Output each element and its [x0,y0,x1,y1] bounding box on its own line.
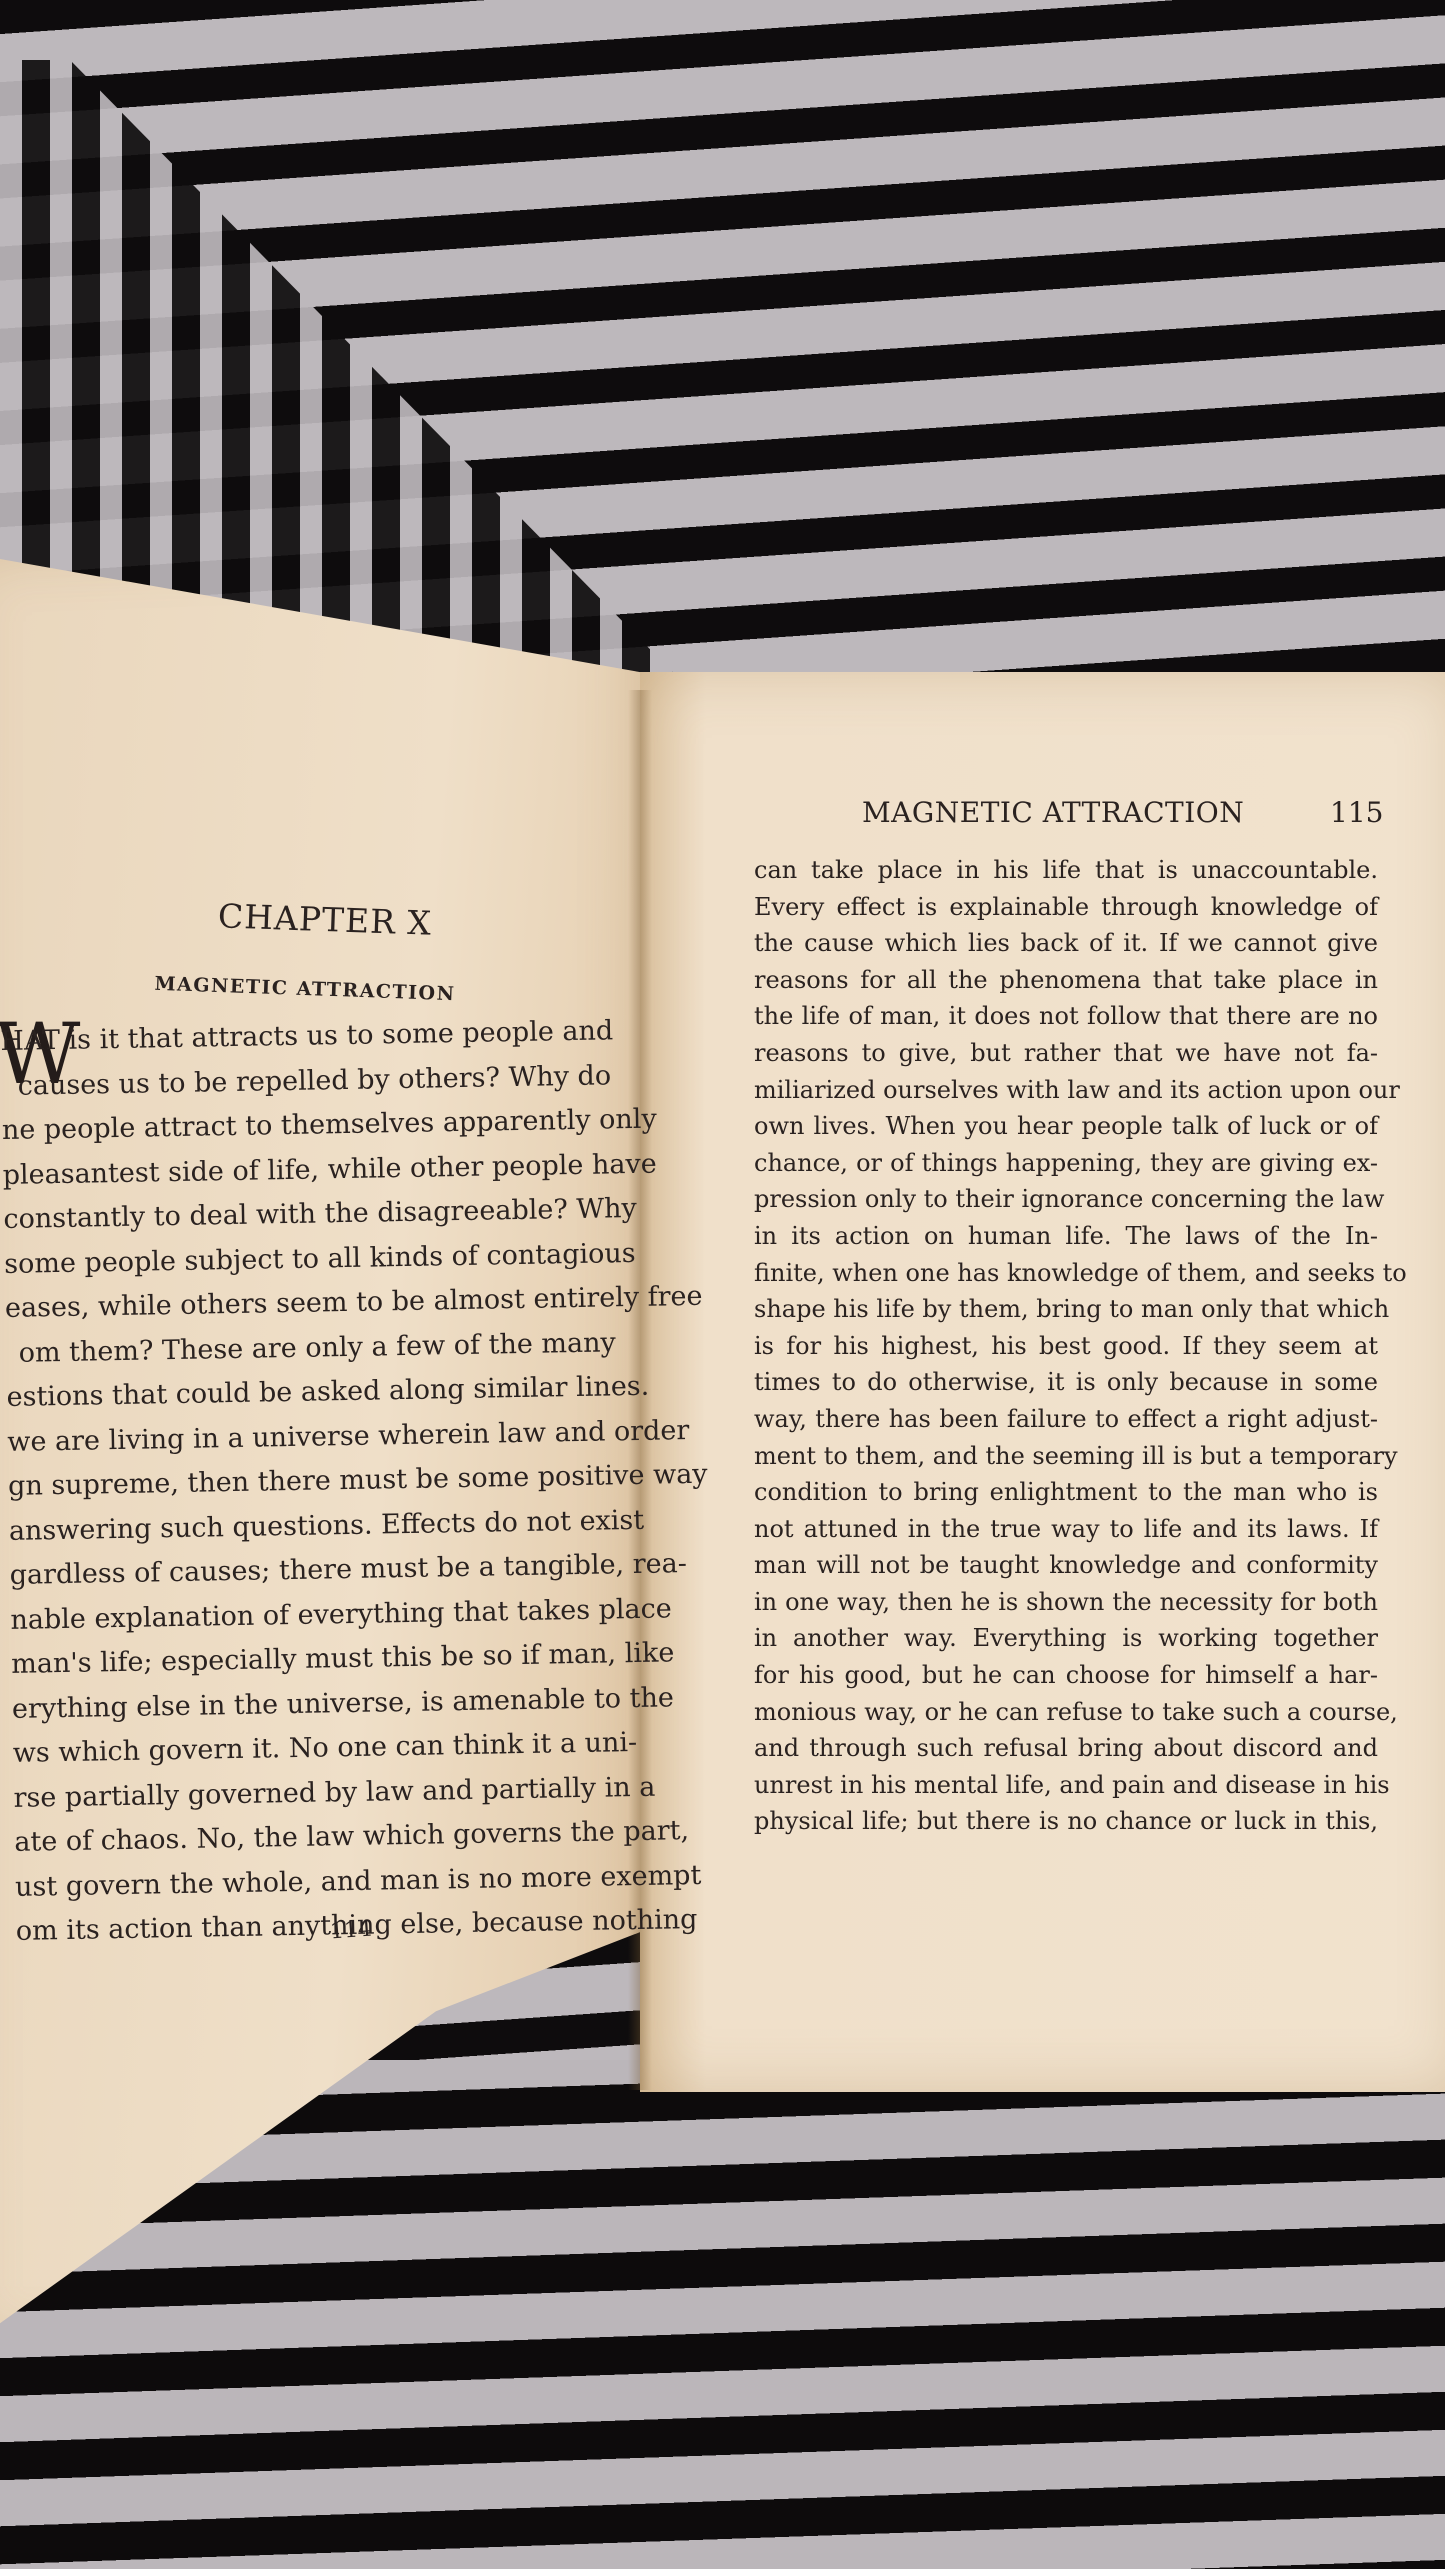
text-line: in one way, then he is shown the necessi… [754,1584,1378,1621]
right-page-body: can take place in his life that is unacc… [754,852,1378,1840]
text-line: pression only to their ignorance concern… [754,1181,1378,1218]
text-line: way, there has been failure to effect a … [754,1401,1378,1438]
text-line: own lives. When you hear people talk of … [754,1108,1378,1145]
text-line: not attuned in the true way to life and … [754,1511,1378,1548]
running-head: MAGNETIC ATTRACTION [862,796,1244,829]
text-line: times to do otherwise, it is only becaus… [754,1364,1378,1401]
text-line: reasons for all the phenomena that take … [754,962,1378,999]
text-line: unrest in his mental life, and pain and … [754,1767,1378,1804]
text-line: for his good, but he can choose for hims… [754,1657,1378,1694]
left-page-body: HAT is it that attracts us to some peopl… [0,1009,626,1954]
text-line: in its action on human life. The laws of… [754,1218,1378,1255]
text-line: the cause which lies back of it. If we c… [754,925,1378,962]
text-line: finite, when one has knowledge of them, … [754,1255,1378,1292]
text-line: monious way, or he can refuse to take su… [754,1694,1378,1731]
text-line: condition to bring enlightment to the ma… [754,1474,1378,1511]
text-line: can take place in his life that is unacc… [754,852,1378,889]
text-line: ment to them, and the seeming ill is but… [754,1438,1378,1475]
text-line: chance, or of things happening, they are… [754,1145,1378,1182]
text-line: physical life; but there is no chance or… [754,1803,1378,1840]
text-line: in another way. Everything is working to… [754,1620,1378,1657]
left-page-number: 114 [329,1917,373,1945]
text-line: and through such refusal bring about dis… [754,1730,1378,1767]
text-line: miliarized ourselves with law and its ac… [754,1072,1378,1109]
text-line: man will not be taught knowledge and con… [754,1547,1378,1584]
text-line: the life of man, it does not follow that… [754,998,1378,1035]
text-line: shape his life by them, bring to man onl… [754,1291,1378,1328]
text-line: Every effect is explainable through know… [754,889,1378,926]
text-line: reasons to give, but rather that we have… [754,1035,1378,1072]
text-line: is for his highest, his best good. If th… [754,1328,1378,1365]
right-page-number: 115 [1330,796,1383,829]
